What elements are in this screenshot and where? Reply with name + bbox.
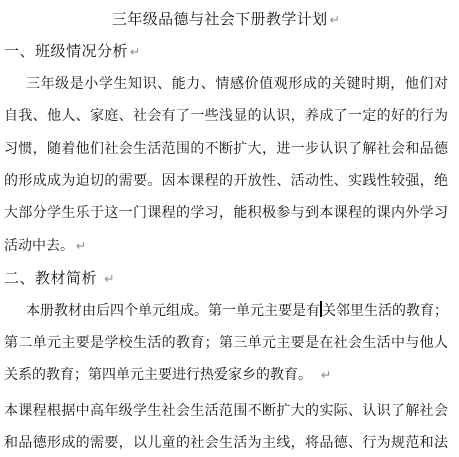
paragraph-2-line-1: 本册教材由后四个单元组成。第一单元主要是有关邻里生活的教育； xyxy=(4,295,448,327)
section-heading-2: 二、教材简析 ↵ xyxy=(4,262,448,294)
paragraph-1-line-4: 的形成成为迫切的需要。因本课程的开放性、活动性、实践性较强，绝 xyxy=(4,165,448,197)
section-heading-1: 一、班级情况分析↵ xyxy=(4,35,448,67)
heading-text: 一、班级情况分析 xyxy=(4,42,128,60)
paragraph-1-line-6: 活动中去。↵ xyxy=(4,230,448,262)
body-text: 自我、他人、家庭、社会有了一些浅显的认识，养成了一定的好的行为 xyxy=(4,108,448,124)
word-document-page[interactable]: 三年级品德与社会下册教学计划↵ 一、班级情况分析↵ 三年级是小学生知识、能力、情… xyxy=(0,0,459,457)
body-text: 三年级是小学生知识、能力、情感价值观形成的关键时期，他们对 xyxy=(26,76,448,92)
space-gap xyxy=(97,269,102,287)
body-text: 大部分学生乐于这一门课程的学习，能积极参与到本课程的课内外学习 xyxy=(4,205,448,221)
body-text: 习惯，随着他们社会生活范围的不断扩大，进一步认识了解社会和品德 xyxy=(4,141,448,157)
body-text: 和品德形成的需要，以儿童的社会生活为主线，将品德、行为规范和法 xyxy=(4,435,448,451)
paragraph-mark-icon: ↵ xyxy=(76,238,86,253)
document-title: 三年级品德与社会下册教学计划↵ xyxy=(4,3,448,35)
paragraph-mark-icon: ↵ xyxy=(321,367,331,382)
paragraph-1-line-3: 习惯，随着他们社会生活范围的不断扩大，进一步认识了解社会和品德 xyxy=(4,133,448,165)
body-text: 本课程根据中高年级学生社会生活范围不断扩大的实际、认识了解社会 xyxy=(4,403,448,419)
paragraph-3-line-2: 和品德形成的需要，以儿童的社会生活为主线，将品德、行为规范和法 xyxy=(4,427,448,457)
paragraph-1-line-5: 大部分学生乐于这一门课程的学习，能积极参与到本课程的课内外学习 xyxy=(4,197,448,229)
paragraph-mark-icon: ↵ xyxy=(330,12,340,27)
body-text: 关系的教育；第四单元主要进行热爱家乡的教育。 xyxy=(4,367,305,383)
paragraph-2-line-3: 关系的教育；第四单元主要进行热爱家乡的教育。 ↵ xyxy=(4,359,448,391)
paragraph-mark-icon: ↵ xyxy=(130,44,140,59)
body-text: 关邻里生活的教育； xyxy=(322,303,448,319)
paragraph-1-line-2: 自我、他人、家庭、社会有了一些浅显的认识，养成了一定的好的行为 xyxy=(4,100,448,132)
body-text: 活动中去。 xyxy=(4,238,74,254)
body-text: 第二单元主要是学校生活的教育；第三单元主要是在社会生活中与他人 xyxy=(4,335,448,351)
heading-text: 二、教材简析 xyxy=(4,269,97,287)
paragraph-1-line-1: 三年级是小学生知识、能力、情感价值观形成的关键时期，他们对 xyxy=(4,68,448,100)
space-gap xyxy=(305,367,319,383)
paragraph-mark-icon: ↵ xyxy=(104,271,114,286)
body-text: 的形成成为迫切的需要。因本课程的开放性、活动性、实践性较强，绝 xyxy=(4,173,448,189)
title-text: 三年级品德与社会下册教学计划 xyxy=(112,10,328,28)
paragraph-2-line-2: 第二单元主要是学校生活的教育；第三单元主要是在社会生活中与他人 xyxy=(4,327,448,359)
paragraph-3-line-1: 本课程根据中高年级学生社会生活范围不断扩大的实际、认识了解社会 xyxy=(4,395,448,427)
body-text: 本册教材由后四个单元组成。第一单元主要是有 xyxy=(26,303,320,319)
